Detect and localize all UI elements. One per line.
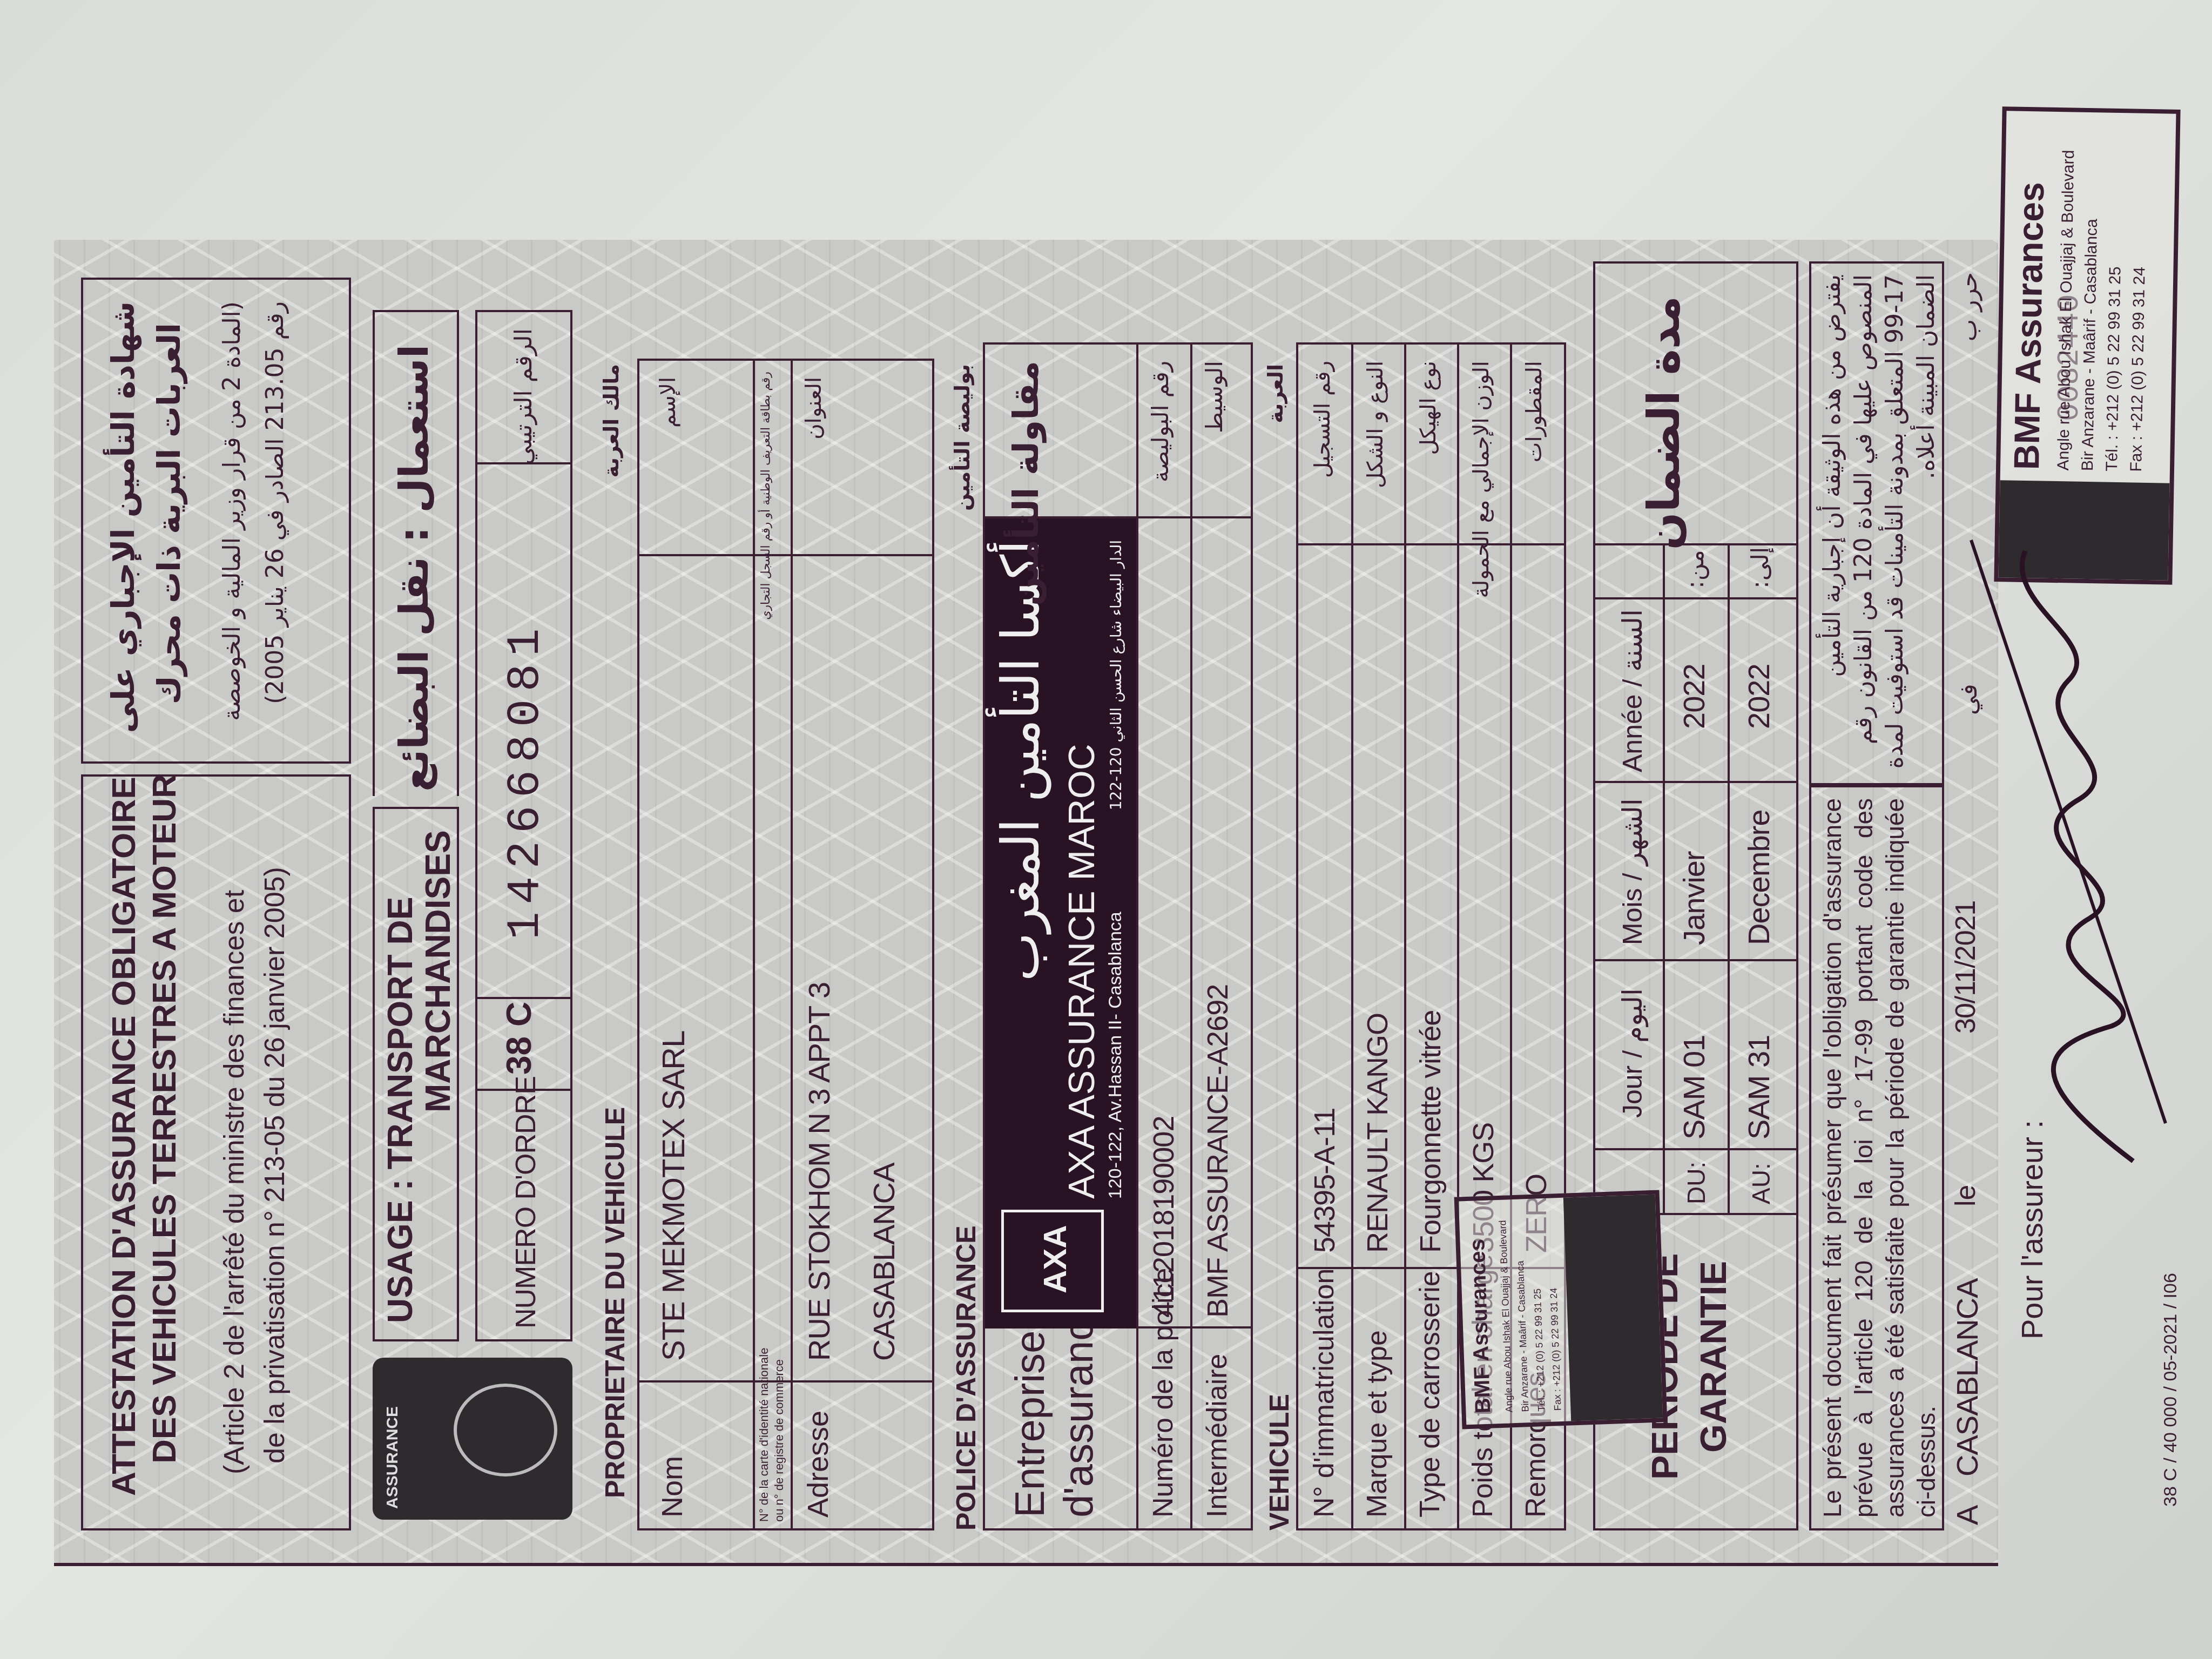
owner-section-title: PROPRIETAIRE DU VEHICULE [599,1107,631,1498]
badge-emblem-icon [454,1384,557,1476]
order-label-ar: الرقم الترتيبي [510,328,537,465]
guarantee-title-line2: GARANTIE [1692,1261,1735,1453]
order-number: 142668081 [499,621,552,940]
axa-logo-icon: AXA [1001,1210,1104,1312]
vehicle-field-label: Type de carrosserie [1414,1271,1446,1518]
intermediary-value: BMF ASSURANCE-A2692 [1201,984,1235,1318]
to-year: 2022 [1741,664,1776,729]
vehicle-field-label-ar: رقم التسجيل [1310,361,1335,478]
owner-id-label-ar: رقم بطاقة التعريف الوطنية أو رقم السجل ا… [759,372,773,620]
from-prefix-ar: من: [1682,550,1709,589]
from-prefix: DU: [1682,1162,1711,1204]
col-month: Mois / الشهر [1617,798,1648,945]
company-name-ar: أكسا التأمين المغرب [990,540,1051,981]
policy-section-title-ar: بوليصة التأمين [950,364,974,511]
owner-address-label: Adresse [801,1411,835,1518]
owner-address-value: RUE STOKHOM N 3 APPT 3 [801,982,837,1361]
vehicle-field-label: Marque et type [1361,1330,1393,1518]
from-month: Janvier [1676,851,1711,945]
to-day: SAM 31 [1741,1035,1776,1139]
from-year: 2022 [1676,664,1711,729]
bmf-stamp-vehicle: BMF Assurances Angle rue Abou Ishak El O… [1454,1190,1668,1429]
intermediary-label: Intermédiaire [1201,1354,1233,1518]
vehicle-field-label-ar: المقطورات [1522,361,1547,462]
place-prefix: A [1950,1505,1985,1525]
vehicle-section-title-ar: العربة [1264,364,1287,423]
title-ar-line1: شهادة التأمين الإجباري على [105,301,141,733]
vehicle-field-label-ar: نوع الهيكل [1416,361,1441,455]
to-prefix: AU: [1746,1163,1776,1204]
vehicle-section-title: VEHICULE [1264,1394,1295,1530]
owner-id-label-line1: N° de la carte d'identité nationale [757,1348,771,1522]
usage-label-ar: استعمال : نقل البضائع [391,345,437,792]
subtitle-ar-line2: رقم 213.05 الصادر في 26 يناير 2005) [261,301,289,704]
vehicle-field-value: Fourgonnette vitrée [1414,1010,1447,1253]
guarantee-title-ar: مدة الضمان [1638,296,1690,550]
title-line2: DES VEHICULES TERRESTRES A MOTEUR [145,774,184,1464]
owner-name-value: STE MEKMOTEX SARL [656,1031,692,1361]
col-year: Année / السنة [1617,609,1648,772]
rotated-document-photo: ATTESTATION D'ASSURANCE OBLIGATOIRE DES … [54,243,1998,1566]
vehicle-field-label-ar: النوع و الشكل [1363,361,1388,488]
usage-box: USAGE : TRANSPORT DE MARCHANDISES [373,807,459,1341]
policy-number-label-ar: رقم البوليصة [1147,361,1174,482]
policy-section-title: POLICE D'ASSURANCE [950,1225,982,1530]
col-day: Jour / اليوم [1617,988,1648,1118]
subtitle-line2: de la privatisation n° 213-05 du 26 janv… [259,867,291,1464]
to-prefix-ar: إلى: [1746,547,1774,589]
print-reference: 38 C / 40 000 / 05-2021 / I06 [2160,1273,2181,1507]
policy-table: Entreprise d'assurances AXA أكسا التأمين… [983,342,1253,1530]
header-ar-box: شهادة التأمين الإجباري على العربات البري… [81,278,351,764]
place-ar: حرر ب [1955,272,1982,341]
company-address-ar: الدار البيضاء شارع الحسن الثاني 120-122 [1107,540,1125,810]
badge-text: ASSURANCE [383,1406,402,1509]
usage-ar-box: استعمال : نقل البضائع [373,310,459,796]
to-month: Decembre [1741,810,1776,945]
company-address: 120-122, Av.Hassan II- Casablanca [1105,912,1126,1199]
handwritten-signature [1863,486,2187,1188]
owner-name-label-ar: الإسم [656,377,680,428]
intermediary-label-ar: الوسيط [1201,361,1228,433]
order-box: NUMERO D'ORDRE 38 C 142668081 الرقم التر… [475,310,572,1341]
owner-table: Nom STE MEKMOTEX SARL الإسم N° de la car… [637,359,934,1530]
insurance-certificate: ATTESTATION D'ASSURANCE OBLIGATOIRE DES … [54,240,1998,1566]
from-day: SAM 01 [1676,1035,1711,1139]
subtitle-line1: (Article 2 de l'arrêté du ministre des f… [218,890,251,1474]
policy-number-value: 41120181900​02 [1147,1116,1181,1318]
subtitle-ar-line1: (المادة 2 من قرار وزير المالية و الخوصصة [218,301,246,721]
company-name: AXA ASSURANCE MAROC [1061,744,1103,1199]
title-line1: ATTESTATION D'ASSURANCE OBLIGATOIRE [105,777,143,1496]
order-series: 38 C [499,1002,539,1075]
place-value: CASABLANCA [1950,1278,1985,1476]
vehicle-field-value: RENAULT KANGO [1361,1013,1394,1253]
title-ar-line2: العربات البرية ذات محرك [151,323,187,704]
vehicle-field-label: N° d'immatriculation [1308,1269,1340,1518]
vehicle-field-value: 54395-A-11 [1308,1108,1341,1253]
owner-address-label-ar: العنوان [801,377,826,440]
header-fr-box: ATTESTATION D'ASSURANCE OBLIGATOIRE DES … [81,774,351,1530]
usage-label-line1: USAGE : TRANSPORT DE [380,897,420,1323]
usage-label-line2: MARCHANDISES [418,830,458,1112]
vehicle-field-label-ar: الوزن الإجمالي مع الحمولة [1469,361,1494,598]
order-label: NUMERO D'ORDRE [510,1076,542,1328]
company-label-ar: مقاولة التأمين [1007,361,1047,606]
assurance-car-badge: ASSURANCE [373,1358,572,1520]
owner-id-label-line2: ou n° de registre de commerce [772,1359,786,1522]
axa-stamp-logo-icon [1563,1195,1663,1421]
company-label-line1: Entreprise [1007,1331,1054,1518]
owner-city-value: CASABLANCA [866,1163,901,1361]
owner-section-title-ar: مالك العربة [599,364,623,477]
axa-company-band: AXA أكسا التأمين المغرب AXA ASSURANCE MA… [985,518,1136,1328]
owner-name-label: Nom [656,1456,689,1518]
